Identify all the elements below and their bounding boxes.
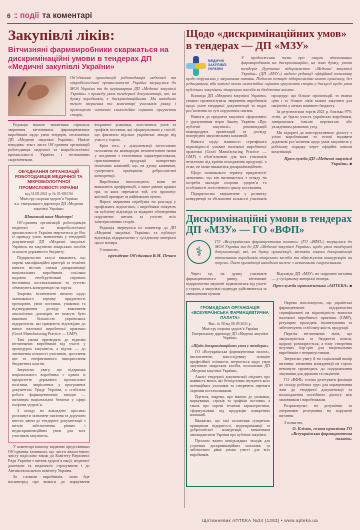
vfp-letter-subject: «Щодо дискримінаційних умов у тендерах» — [190, 343, 270, 348]
letter-text: Об’єднання організацій роботодавців меди… — [12, 221, 86, 439]
vfp-letter-continuation: Окремо наголошуємо, що українські фармац… — [279, 301, 352, 487]
section-title-part2: та коментарі — [42, 11, 92, 20]
article-procurement-complaints: Закупівлі ліків: Вітчизняні фармвиробник… — [8, 29, 176, 489]
vfp-emblem-icon: ⚕ — [186, 240, 212, 270]
vfp-letter-box: ГРОМАДСЬКА ОРГАНІЗАЦІЯ «ВСЕУКРАЇНСЬКА ФА… — [186, 301, 274, 487]
letter-signature: президент Об’єднання В.М. Печаєв — [95, 253, 177, 258]
page-body: Закупівлі ліків: Вітчизняні фармвиробник… — [8, 29, 352, 512]
left-article-body: Редакція нашого тижневика отримала зверн… — [8, 123, 176, 489]
section-header: 6 :: події та коментарі — [7, 11, 353, 24]
section-title-part1: події — [20, 11, 39, 20]
left-article-lead: Редакція нашого тижневика отримала зверн… — [8, 123, 90, 163]
magenta-divider — [8, 120, 176, 121]
letter-org-name: ОБ’ЄДНАННЯ ОРГАНІЗАЦІЙ РОБОТОДАВЦІВ МЕДИ… — [12, 169, 86, 190]
vfp-article-title: Дискримінаційні умови в тендерах ДП «МЗУ… — [186, 214, 352, 236]
mzu-logo-text: МЕДИЧНІ ЗАКУПІВЛІ УКРАЇНИ — [208, 60, 227, 72]
press-service-label: Пресслужба ДП «Медичні закупівлі України… — [284, 156, 352, 166]
vfp-continuation-text: Окремо наголошуємо, що українські фармац… — [279, 301, 352, 419]
vfp-letter-closing: З повагою, — [279, 420, 352, 425]
vfp-letter-section: ГРОМАДСЬКА ОРГАНІЗАЦІЯ «ВСЕУКРАЇНСЬКА ФА… — [186, 301, 352, 487]
mzu-intro-row: МЕДИЧНІ ЗАКУПІВЛІ УКРАЇНИ У продовження … — [186, 55, 352, 92]
right-column: Щодо «дискримінаційних умов» в тендерах … — [186, 29, 352, 487]
end-mark-icon: ■ — [350, 283, 352, 288]
page-number: 6 — [7, 13, 11, 20]
left-article-intro-row: Об’єднання організацій роботодавців меди… — [8, 75, 176, 117]
mzu-article-title: Щодо «дискримінаційних умов» в тендерах … — [186, 29, 352, 52]
vfp-letter-org: ГРОМАДСЬКА ОРГАНІЗАЦІЯ «ВСЕУКРАЇНСЬКА ФА… — [190, 305, 270, 320]
hands-signing-photo — [8, 76, 66, 116]
newspaper-page: 6 :: події та коментарі Закупівлі ліків:… — [0, 0, 360, 530]
employers-union-letter-box: ОБ’ЄДНАННЯ ОРГАНІЗАЦІЙ РОБОТОДАВЦІВ МЕДИ… — [8, 165, 90, 443]
mzu-article-text: Команда ДП «Медичні закупівлі України» у… — [186, 94, 352, 206]
left-article-title: Закупівлі ліків: — [8, 29, 176, 44]
letter-closing: З повагою, — [95, 247, 177, 252]
vfp-article-signature: Пресслужба щотижневика «АПТЕКА» ■ — [272, 283, 353, 288]
end-mark-icon: ■ — [350, 161, 352, 166]
section-marker-icon: :: — [14, 11, 17, 20]
vfp-letter-signature: О. Клімов, голова правління ГО «Всеукраї… — [279, 426, 352, 441]
mzu-cross-icon — [186, 56, 206, 76]
vfp-intro-row: ⚕ ГО «Всеукраїнська фармацевтична палата… — [186, 239, 352, 270]
letter-addressees: Міністру охорони здоров’я Українив.о. ге… — [12, 197, 86, 212]
vfp-article-body: Через це, на думку учасників фармацевтич… — [186, 272, 352, 298]
left-article-subtitle: Вітчизняні фармвиробники скаржаться на д… — [8, 46, 176, 72]
page-footer: Щотижневик АПТЕКА №34 (1283) • www.aptek… — [185, 518, 335, 523]
article-vfp: Дискримінаційні умови в тендерах ДП «МЗУ… — [186, 210, 352, 487]
mzu-article-signature: Пресслужба ДП «Медичні закупівлі України… — [272, 156, 353, 166]
press-service-label: Пресслужба щотижневика «АПТЕКА» — [273, 283, 349, 288]
mzu-logo: МЕДИЧНІ ЗАКУПІВЛІ УКРАЇНИ — [186, 56, 238, 76]
vfp-letter-addressees: Міністру охорони здоров’я УкраїниГенерал… — [190, 327, 270, 341]
vfp-letter-text: ГО «Всеукраїнська фармацевтична палата»,… — [190, 350, 270, 457]
article-mzu-response: Щодо «дискримінаційних умов» в тендерах … — [186, 29, 352, 206]
column-divider — [184, 31, 185, 508]
letter-salutation: Шановний пане Міністре! — [12, 214, 86, 219]
mzu-article-body: Команда ДП «Медичні закупівлі України» у… — [186, 94, 352, 206]
